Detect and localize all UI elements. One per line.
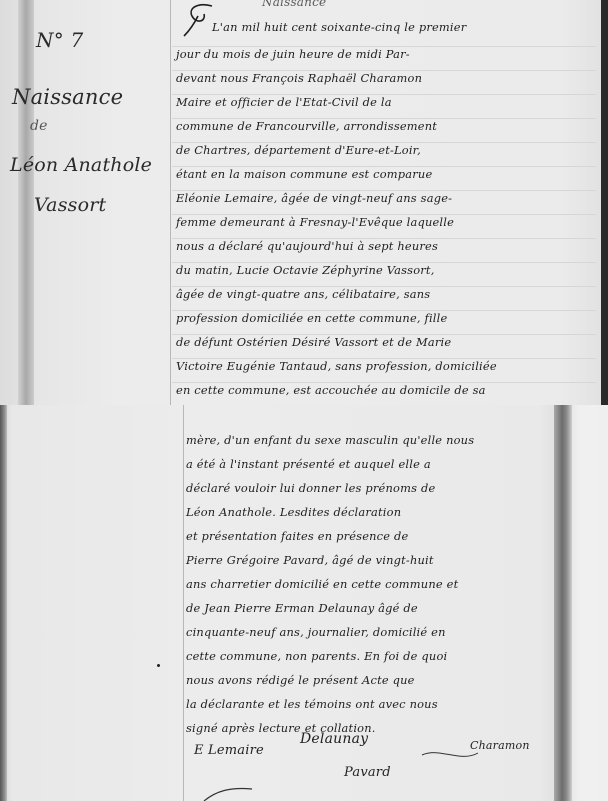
record-line: Pierre Grégoire Pavard, âgé de vingt-hui… — [186, 553, 434, 567]
record-line: déclaré vouloir lui donner les prénoms d… — [186, 481, 435, 495]
record-line: de Jean Pierre Erman Delaunay âgé de — [186, 601, 418, 615]
child-given-names: Léon Anathole — [10, 154, 152, 176]
page-edge — [0, 405, 7, 801]
signature-witness-pavard: Pavard — [344, 765, 391, 780]
signature-witness-delaunay: Delaunay — [300, 731, 368, 747]
record-line: Eléonie Lemaire, âgée de vingt-neuf ans … — [176, 191, 452, 205]
record-line: et présentation faites en présence de — [186, 529, 408, 543]
record-line: mère, d'un enfant du sexe masculin qu'el… — [186, 433, 474, 447]
bottom-page-fragment: mère, d'un enfant du sexe masculin qu'el… — [0, 405, 608, 801]
record-line: Maire et officier de l'Etat-Civil de la — [176, 95, 392, 109]
signature-flourish — [420, 745, 480, 765]
record-line: cette commune, non parents. En foi de qu… — [186, 649, 447, 663]
signature-declarant: E Lemaire — [194, 743, 264, 758]
binding-shadow — [18, 0, 34, 405]
page-header: Naissance — [262, 0, 326, 9]
child-surname: Vassort — [34, 194, 106, 216]
record-line: commune de Francourville, arrondissement — [176, 119, 437, 133]
margin-connector: de — [30, 118, 48, 134]
record-line: devant nous François Raphaël Charamon — [176, 71, 422, 85]
margin-title: Naissance — [12, 85, 123, 109]
record-line: du matin, Lucie Octavie Zéphyrine Vassor… — [176, 263, 435, 277]
record-line: de Chartres, département d'Eure-et-Loir, — [176, 143, 421, 157]
record-line: âgée de vingt-quatre ans, célibataire, s… — [176, 287, 430, 301]
page-edge — [601, 0, 608, 405]
record-line: nous a déclaré qu'aujourd'hui à sept heu… — [176, 239, 438, 253]
record-line: ans charretier domicilié en cette commun… — [186, 577, 458, 591]
margin-rule — [170, 0, 171, 405]
record-line: femme demeurant à Fresnay-l'Evêque laque… — [176, 215, 454, 229]
margin-rule — [183, 405, 184, 801]
record-line: Victoire Eugénie Tantaud, sans professio… — [176, 359, 497, 373]
binding-shadow — [554, 405, 572, 801]
record-line: cinquante-neuf ans, journalier, domicili… — [186, 625, 446, 639]
next-record-flourish — [200, 785, 260, 801]
record-line: jour du mois de juin heure de midi Par- — [176, 47, 410, 61]
record-line: en cette commune, est accouchée au domic… — [176, 383, 486, 397]
ink-speck — [157, 664, 160, 667]
record-line: de défunt Ostérien Désiré Vassort et de … — [176, 335, 451, 349]
record-line: L'an mil huit cent soixante-cinq le prem… — [212, 20, 466, 34]
record-line: a été à l'instant présenté et auquel ell… — [186, 457, 431, 471]
top-page-fragment: Naissance N° 7 Naissance de Léon Anathol… — [0, 0, 608, 405]
record-number: N° 7 — [36, 28, 83, 52]
record-line: la déclarante et les témoins ont avec no… — [186, 697, 438, 711]
record-line: étant en la maison commune est comparue — [176, 167, 432, 181]
record-line: nous avons rédigé le présent Acte que — [186, 673, 415, 687]
record-line: Léon Anathole. Lesdites déclaration — [186, 505, 401, 519]
record-line: profession domiciliée en cette commune, … — [176, 311, 447, 325]
